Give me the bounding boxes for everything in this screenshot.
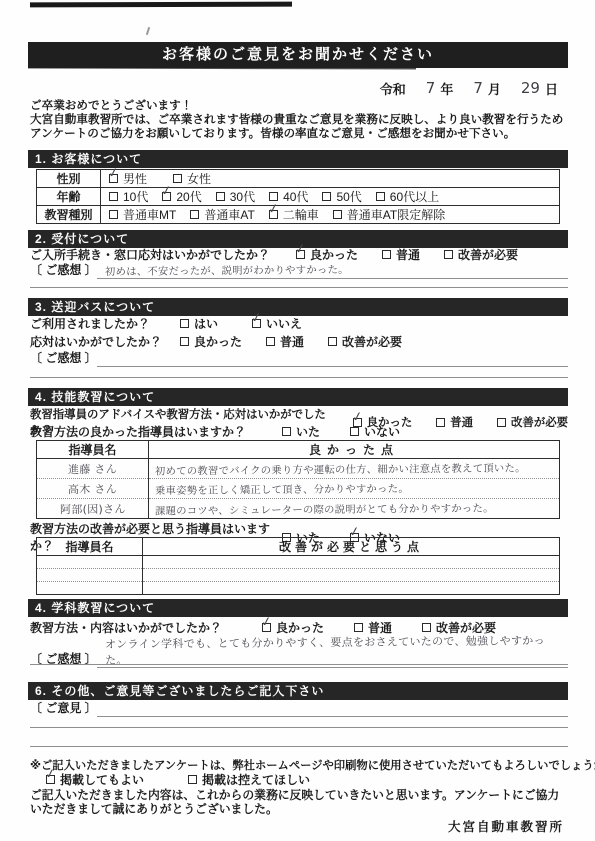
day-value-handwritten: 29 (521, 79, 540, 97)
checkbox-label: 普通車MT (123, 206, 176, 223)
section-4-header: 4. 技能教習について (28, 388, 568, 406)
checkbox-label: 20代 (176, 188, 201, 205)
checkbox-icon (262, 623, 271, 632)
table-header-row: 指導員名 改善が必要と思う点 (37, 538, 560, 556)
checkbox-option: 普通車AT限定解除 (333, 206, 445, 223)
month-unit: 月 (488, 79, 501, 98)
blank-line (30, 362, 568, 378)
checkbox-icon (109, 192, 118, 201)
checkbox-label: 60代以上 (390, 188, 439, 205)
checkbox-icon (269, 210, 278, 219)
checkbox-option: 改善が必要 (328, 333, 402, 350)
scanned-survey-page: お客様のご意見をお聞かせください 令和 7 年 7 月 29 日 ご卒業おめでと… (0, 0, 595, 841)
table-row: 高木 さん 乗車姿勢を正しく矯正して頂き、分かりやすかった。 (37, 479, 560, 499)
column-header: 良かった点 (149, 441, 560, 459)
table-row (37, 569, 560, 582)
page-title-bar: お客様のご意見をお聞かせください (28, 42, 568, 68)
checkbox-label: 掲載は控えてほしい (202, 771, 310, 788)
row-label: 教習種別 (37, 206, 101, 224)
intro-paragraph: ご卒業おめでとうございます！ 大宮自動車教習所では、ご卒業されます皆様の貴重なご… (30, 99, 592, 140)
checkbox-label: 普通車AT (204, 206, 254, 223)
checkbox-label: 50代 (336, 188, 361, 205)
checkbox-option: いた (282, 423, 320, 440)
checkbox-icon (296, 250, 305, 259)
checkbox-icon (376, 192, 385, 201)
section-6-header: 6. その他、ご意見等ございましたらご記入下さい (28, 682, 568, 700)
checkbox-label: 普通 (280, 333, 304, 350)
table-row: 阿部(因)さん 課題のコツや、シミュレーターの際の説明がとても分かりやすかった。 (37, 499, 560, 519)
handwritten-good-point: 課題のコツや、シミュレーターの際の説明がとても分かりやすかった。 (155, 499, 494, 517)
era-label: 令和 (380, 79, 406, 98)
good-instructor-question-row: 教習方法の良かった指導員はいますか？ いた いない (30, 423, 568, 440)
checkbox-option: 良かった (180, 333, 242, 350)
checkbox-option: 20代 (162, 188, 201, 205)
blank-line (30, 649, 568, 665)
checkbox-label: 40代 (283, 188, 308, 205)
intro-line: 大宮自動車教習所では、ご卒業されます皆様の貴重なご意見を業務に反映し、より良い教… (30, 113, 592, 127)
checkbox-option: 二輪車 (269, 206, 319, 223)
checkbox-icon (109, 210, 118, 219)
closing-paragraph: ご記入いただきました内容は、これからの業務に反映していきたいと思います。アンケー… (30, 788, 568, 816)
checkbox-icon (46, 775, 55, 784)
table-header-row: 指導員名 良かった点 (37, 441, 560, 459)
handwritten-instructor-name: 進藤 さん (68, 460, 117, 476)
question-label: ご利用されましたか？ (30, 315, 180, 332)
handwritten-good-point: 初めての教習でバイクの乗り方や運転の仕方、細かい注意点を教えて頂いた。 (155, 459, 526, 477)
bus-used-question-row: ご利用されましたか？ はい いいえ (30, 315, 568, 332)
checkbox-icon (266, 337, 275, 346)
checkbox-icon (173, 174, 182, 183)
checkbox-option: 60代以上 (376, 188, 439, 205)
blank-line (30, 272, 568, 288)
checkbox-option: 10代 (109, 188, 148, 205)
date-row: 令和 7 年 7 月 29 日 (28, 79, 568, 98)
checkbox-option: 掲載してもよい (46, 771, 144, 788)
publication-options-row: 掲載してもよい 掲載は控えてほしい (46, 771, 466, 788)
year-unit: 年 (440, 79, 453, 98)
row-label: 性別 (37, 170, 101, 188)
month-value-handwritten: 7 (473, 79, 483, 97)
checkbox-option: 50代 (322, 188, 361, 205)
checkbox-icon (252, 319, 261, 328)
checkbox-icon (190, 210, 199, 219)
checkbox-icon (188, 775, 197, 784)
checkbox-label: 二輪車 (283, 206, 319, 223)
checkbox-icon (216, 192, 225, 201)
checkbox-icon (180, 319, 189, 328)
checkbox-option: いいえ (252, 315, 302, 332)
section-5-header: 4. 学科教習について (28, 599, 568, 617)
checkbox-option: 30代 (216, 188, 255, 205)
checkbox-label: 30代 (230, 188, 255, 205)
school-signature: 大宮自動車教習所 (30, 817, 564, 835)
checkbox-label: 10代 (123, 188, 148, 205)
checkbox-option: 女性 (173, 170, 211, 187)
checkbox-icon (328, 337, 337, 346)
blank-line (30, 712, 568, 728)
day-unit: 日 (545, 79, 558, 98)
column-header: 指導員名 (37, 441, 149, 459)
checkbox-label: 男性 (123, 170, 147, 187)
checkbox-icon (180, 337, 189, 346)
checkbox-option: いない (350, 423, 400, 440)
section-3-header: 3. 送迎バスについて (28, 298, 568, 316)
scan-artifact (146, 27, 150, 35)
checkbox-icon (354, 623, 363, 632)
question-label: 応対はいかがでしたか？ (30, 333, 180, 350)
checkbox-label: 改善が必要 (342, 333, 402, 350)
row-options-cell: 10代 20代 30代 40代 50代 60代以上 (101, 188, 560, 206)
blank-line (30, 731, 568, 747)
year-value-handwritten: 7 (426, 79, 436, 97)
row-options-cell: 普通車MT 普通車AT 二輪車 普通車AT限定解除 (101, 206, 560, 224)
table-row (37, 556, 560, 569)
checkbox-label: 女性 (187, 170, 211, 187)
good-instructors-table: 指導員名 良かった点 進藤 さん 初めての教習でバイクの乗り方や運転の仕方、細か… (36, 440, 560, 519)
checkbox-label: はい (194, 315, 218, 332)
checkbox-icon (350, 427, 359, 436)
checkbox-option: 普通 (266, 333, 304, 350)
checkbox-option: 普通車MT (109, 206, 176, 223)
table-row: 進藤 さん 初めての教習でバイクの乗り方や運転の仕方、細かい注意点を教えて頂いた… (37, 459, 560, 479)
question-label: 教習方法の良かった指導員はいますか？ (30, 423, 282, 440)
customer-info-table: 性別 男性 女性 年齢 10代 20代 30代 40代 50代 60代以上 (36, 169, 560, 224)
checkbox-icon (322, 192, 331, 201)
intro-line: アンケートのご協力をお願いしております。皆様の率直なご意見・ご感想をお聞かせ下さ… (30, 127, 592, 141)
handwritten-instructor-name: 高木 さん (68, 480, 117, 496)
handwritten-good-point: 乗車姿勢を正しく矯正して頂き、分かりやすかった。 (155, 479, 409, 496)
checkbox-icon (333, 210, 342, 219)
checkbox-option: はい (180, 315, 218, 332)
table-row (37, 582, 560, 595)
column-header: 改善が必要と思う点 (143, 538, 560, 556)
checkbox-label: いいえ (266, 315, 302, 332)
checkbox-label: いない (364, 423, 400, 440)
table-row: 性別 男性 女性 (37, 170, 560, 188)
checkbox-icon (109, 174, 118, 183)
intro-line: ご卒業おめでとうございます！ (30, 99, 592, 113)
checkbox-icon (382, 250, 391, 259)
checkbox-option: 男性 (109, 170, 147, 187)
section-1-header: 1. お客様について (28, 150, 568, 168)
checkbox-icon (444, 250, 453, 259)
table-row: 教習種別 普通車MT 普通車AT 二輪車 普通車AT限定解除 (37, 206, 560, 224)
checkbox-icon (282, 427, 291, 436)
handwritten-instructor-name: 阿部(因)さん (60, 500, 126, 517)
bus-service-question-row: 応対はいかがでしたか？ 良かった 普通 改善が必要 (30, 333, 568, 350)
checkbox-option: 掲載は控えてほしい (188, 771, 310, 788)
checkbox-icon (269, 192, 278, 201)
scan-artifact (30, 2, 292, 8)
checkbox-label: 良かった (194, 333, 242, 350)
row-label: 年齢 (37, 188, 101, 206)
checkbox-label: 掲載してもよい (60, 771, 144, 788)
column-header: 指導員名 (37, 538, 143, 556)
checkbox-label: 普通車AT限定解除 (347, 206, 445, 223)
checkbox-icon (162, 192, 171, 201)
checkbox-option: 普通車AT (190, 206, 254, 223)
table-row: 年齢 10代 20代 30代 40代 50代 60代以上 (37, 188, 560, 206)
improve-instructors-table: 指導員名 改善が必要と思う点 (36, 537, 560, 595)
checkbox-label: いた (296, 423, 320, 440)
checkbox-icon (422, 623, 431, 632)
